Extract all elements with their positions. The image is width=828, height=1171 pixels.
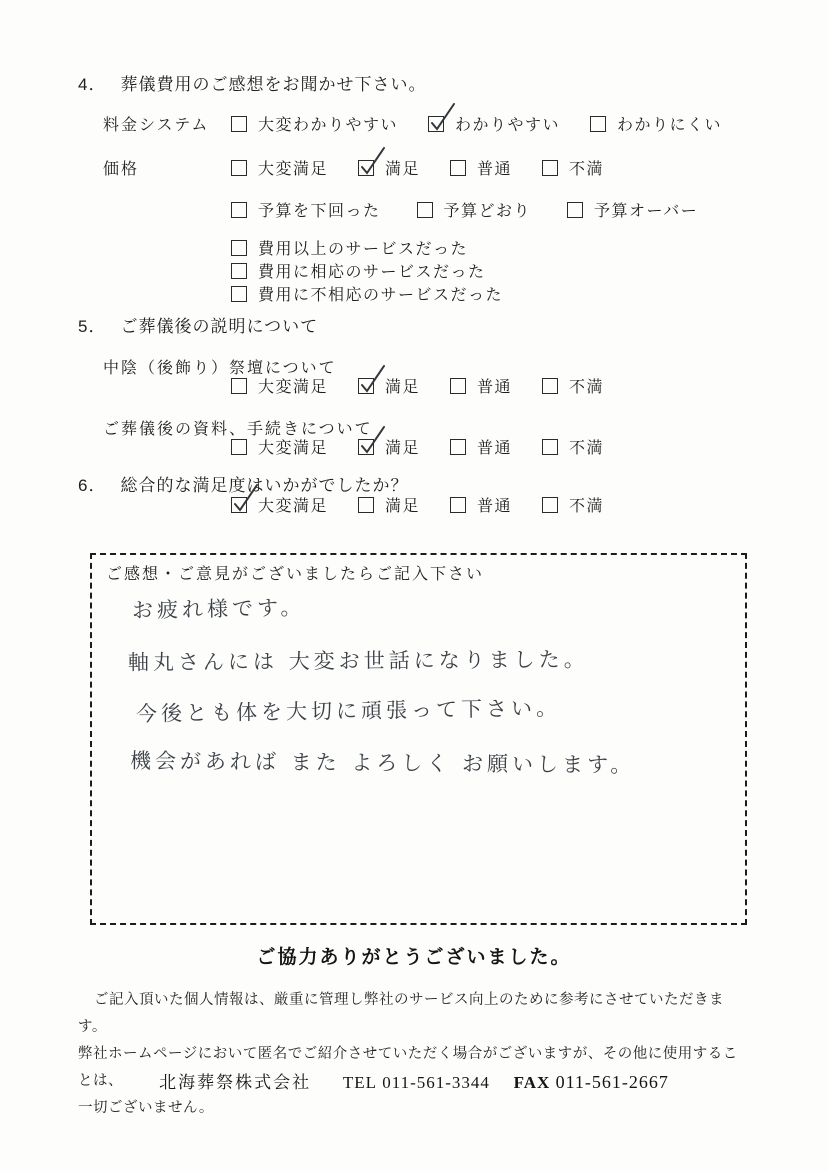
checkbox[interactable] [450, 160, 466, 176]
checkbox-option[interactable]: 大変満足 [231, 435, 328, 458]
option-label: 普通 [477, 435, 512, 458]
option-label: 大変わかりやすい [258, 112, 398, 135]
checkbox[interactable] [542, 378, 558, 394]
checkbox[interactable] [231, 497, 247, 513]
option-label: 予算オーバー [594, 198, 698, 221]
q4-row-budget: 予算を下回った 予算どおり 予算オーバー [231, 198, 698, 221]
handwritten-comment-line: 軸丸さんには 大変お世話になりました。 [128, 643, 589, 676]
checkbox[interactable] [231, 439, 247, 455]
checkbox[interactable] [358, 497, 374, 513]
option-label: 予算どおり [444, 198, 532, 221]
option-label: 不満 [569, 156, 604, 179]
comments-box[interactable]: ご感想・ご意見がございましたらご記入下さい お疲れ様です。 軸丸さんには 大変お… [90, 553, 747, 925]
checkbox[interactable] [542, 439, 558, 455]
checkbox-option[interactable]: 満足 [358, 156, 420, 179]
checkbox[interactable] [590, 116, 606, 132]
checkbox-option[interactable]: 満足 [358, 435, 420, 458]
option-label: 満足 [385, 435, 420, 458]
question4-title: 葬儀費用のご感想をお聞かせ下さい。 [120, 70, 426, 95]
option-label: 満足 [385, 374, 420, 397]
checkbox-option[interactable]: 予算どおり [417, 198, 532, 221]
handwritten-comment-line: 機会があれば また よろしく お願いします。 [130, 745, 636, 779]
checkbox-option[interactable]: 大変わかりやすい [231, 112, 398, 135]
survey-scan-page: 4． 葬儀費用のご感想をお聞かせ下さい。 料金システム 大変わかりやすい わかり… [0, 0, 828, 1171]
option-label: 不満 [569, 435, 604, 458]
option-label: わかりやすい [455, 112, 560, 135]
option-label: 費用に不相応のサービスだった [258, 282, 503, 305]
checkbox[interactable] [231, 116, 247, 132]
check-mark-icon [357, 146, 387, 176]
checkbox-option[interactable]: 普通 [450, 374, 512, 397]
question5-heading: 5． ご葬儀後の説明について [78, 312, 318, 337]
q4-row-service-value-3: 費用に不相応のサービスだった [231, 282, 503, 305]
checkbox[interactable] [231, 160, 247, 176]
q4-row-price: 価格 大変満足 満足 普通 不満 [103, 156, 604, 179]
company-footer: 北海葬祭株式会社 TEL 011-561-3344 FAX 011-561-26… [0, 1068, 828, 1093]
checkbox-option[interactable]: 不満 [542, 435, 604, 458]
checkbox-option[interactable]: 満足 [358, 493, 420, 516]
checkbox-option[interactable]: 大変満足 [231, 374, 328, 397]
option-label: 大変満足 [258, 493, 328, 516]
checkbox-option[interactable]: 満足 [358, 374, 420, 397]
q5-sub2-options: 大変満足 満足 普通 不満 [231, 435, 604, 458]
check-mark-icon [427, 102, 457, 132]
checkbox[interactable] [358, 378, 374, 394]
question4-number: 4． [78, 70, 106, 95]
checkbox-option[interactable]: 費用以上のサービスだった [231, 236, 468, 259]
question5-title: ご葬儀後の説明について [120, 312, 318, 337]
handwritten-comment-line: お疲れ様です。 [132, 591, 306, 624]
checkbox[interactable] [358, 439, 374, 455]
checkbox-option[interactable]: 大変満足 [231, 156, 328, 179]
company-name: 北海葬祭株式会社 [159, 1073, 311, 1092]
checkbox[interactable] [450, 378, 466, 394]
privacy-line: ご記入頂いた個人情報は、厳重に管理し弊社のサービス向上のために参考にさせていただ… [78, 987, 750, 1041]
option-label: 満足 [385, 156, 420, 179]
option-label: 普通 [477, 156, 512, 179]
check-mark-icon [357, 364, 387, 394]
checkbox-option[interactable]: 不満 [542, 156, 604, 179]
handwritten-comment-line: 今後とも体を大切に頑張って下さい。 [136, 692, 561, 728]
checkbox[interactable] [450, 497, 466, 513]
comments-box-label: ご感想・ご意見がございましたらご記入下さい [106, 561, 484, 584]
checkbox[interactable] [231, 286, 247, 302]
checkbox-option[interactable]: 大変満足 [231, 493, 328, 516]
checkbox-option[interactable]: わかりにくい [590, 112, 722, 135]
checkbox-option[interactable]: 不満 [542, 493, 604, 516]
row-label: 価格 [103, 156, 231, 179]
checkbox[interactable] [231, 263, 247, 279]
question5-number: 5． [78, 312, 106, 337]
q5-sub1-options: 大変満足 満足 普通 不満 [231, 374, 604, 397]
option-label: 不満 [569, 374, 604, 397]
privacy-line: 一切ございません。 [78, 1095, 750, 1122]
checkbox[interactable] [358, 160, 374, 176]
checkbox[interactable] [231, 202, 247, 218]
option-label: わかりにくい [617, 112, 722, 135]
checkbox-option[interactable]: 普通 [450, 156, 512, 179]
q6-options: 大変満足 満足 普通 不満 [231, 493, 604, 516]
checkbox-option[interactable]: 普通 [450, 493, 512, 516]
option-label: 不満 [569, 493, 604, 516]
row-label: 料金システム [103, 112, 231, 135]
tel-contact: TEL 011-561-3344 [343, 1073, 490, 1092]
checkbox-option[interactable]: 普通 [450, 435, 512, 458]
checkbox-option[interactable]: 費用に相応のサービスだった [231, 259, 486, 282]
question4-heading: 4． 葬儀費用のご感想をお聞かせ下さい。 [78, 70, 426, 95]
check-mark-icon [357, 425, 387, 455]
checkbox[interactable] [231, 240, 247, 256]
q4-row-fee-system: 料金システム 大変わかりやすい わかりやすい わかりにくい [103, 112, 722, 135]
option-label: 普通 [477, 374, 512, 397]
checkbox-option[interactable]: 予算を下回った [231, 198, 381, 221]
option-label: 大変満足 [258, 156, 328, 179]
checkbox[interactable] [542, 497, 558, 513]
checkbox-option[interactable]: わかりやすい [428, 112, 560, 135]
option-label: 費用以上のサービスだった [258, 236, 468, 259]
q4-row-service-value-2: 費用に相応のサービスだった [231, 259, 486, 282]
checkbox[interactable] [428, 116, 444, 132]
checkbox-option[interactable]: 予算オーバー [567, 198, 698, 221]
checkbox[interactable] [417, 202, 433, 218]
fax-contact: FAX 011-561-2667 [514, 1073, 669, 1092]
q4-row-service-value-1: 費用以上のサービスだった [231, 236, 468, 259]
privacy-note: ご記入頂いた個人情報は、厳重に管理し弊社のサービス向上のために参考にさせていただ… [78, 987, 750, 1122]
check-mark-icon [230, 483, 260, 513]
checkbox[interactable] [231, 378, 247, 394]
question6-number: 6． [78, 471, 106, 496]
option-label: 大変満足 [258, 374, 328, 397]
option-label: 費用に相応のサービスだった [258, 259, 486, 282]
option-label: 満足 [385, 493, 420, 516]
checkbox[interactable] [567, 202, 583, 218]
option-label: 普通 [477, 493, 512, 516]
option-label: 予算を下回った [258, 198, 381, 221]
closing-thanks: ご協力ありがとうございました。 [0, 942, 828, 969]
checkbox-option[interactable]: 不満 [542, 374, 604, 397]
checkbox[interactable] [450, 439, 466, 455]
checkbox[interactable] [542, 160, 558, 176]
option-label: 大変満足 [258, 435, 328, 458]
checkbox-option[interactable]: 費用に不相応のサービスだった [231, 282, 503, 305]
